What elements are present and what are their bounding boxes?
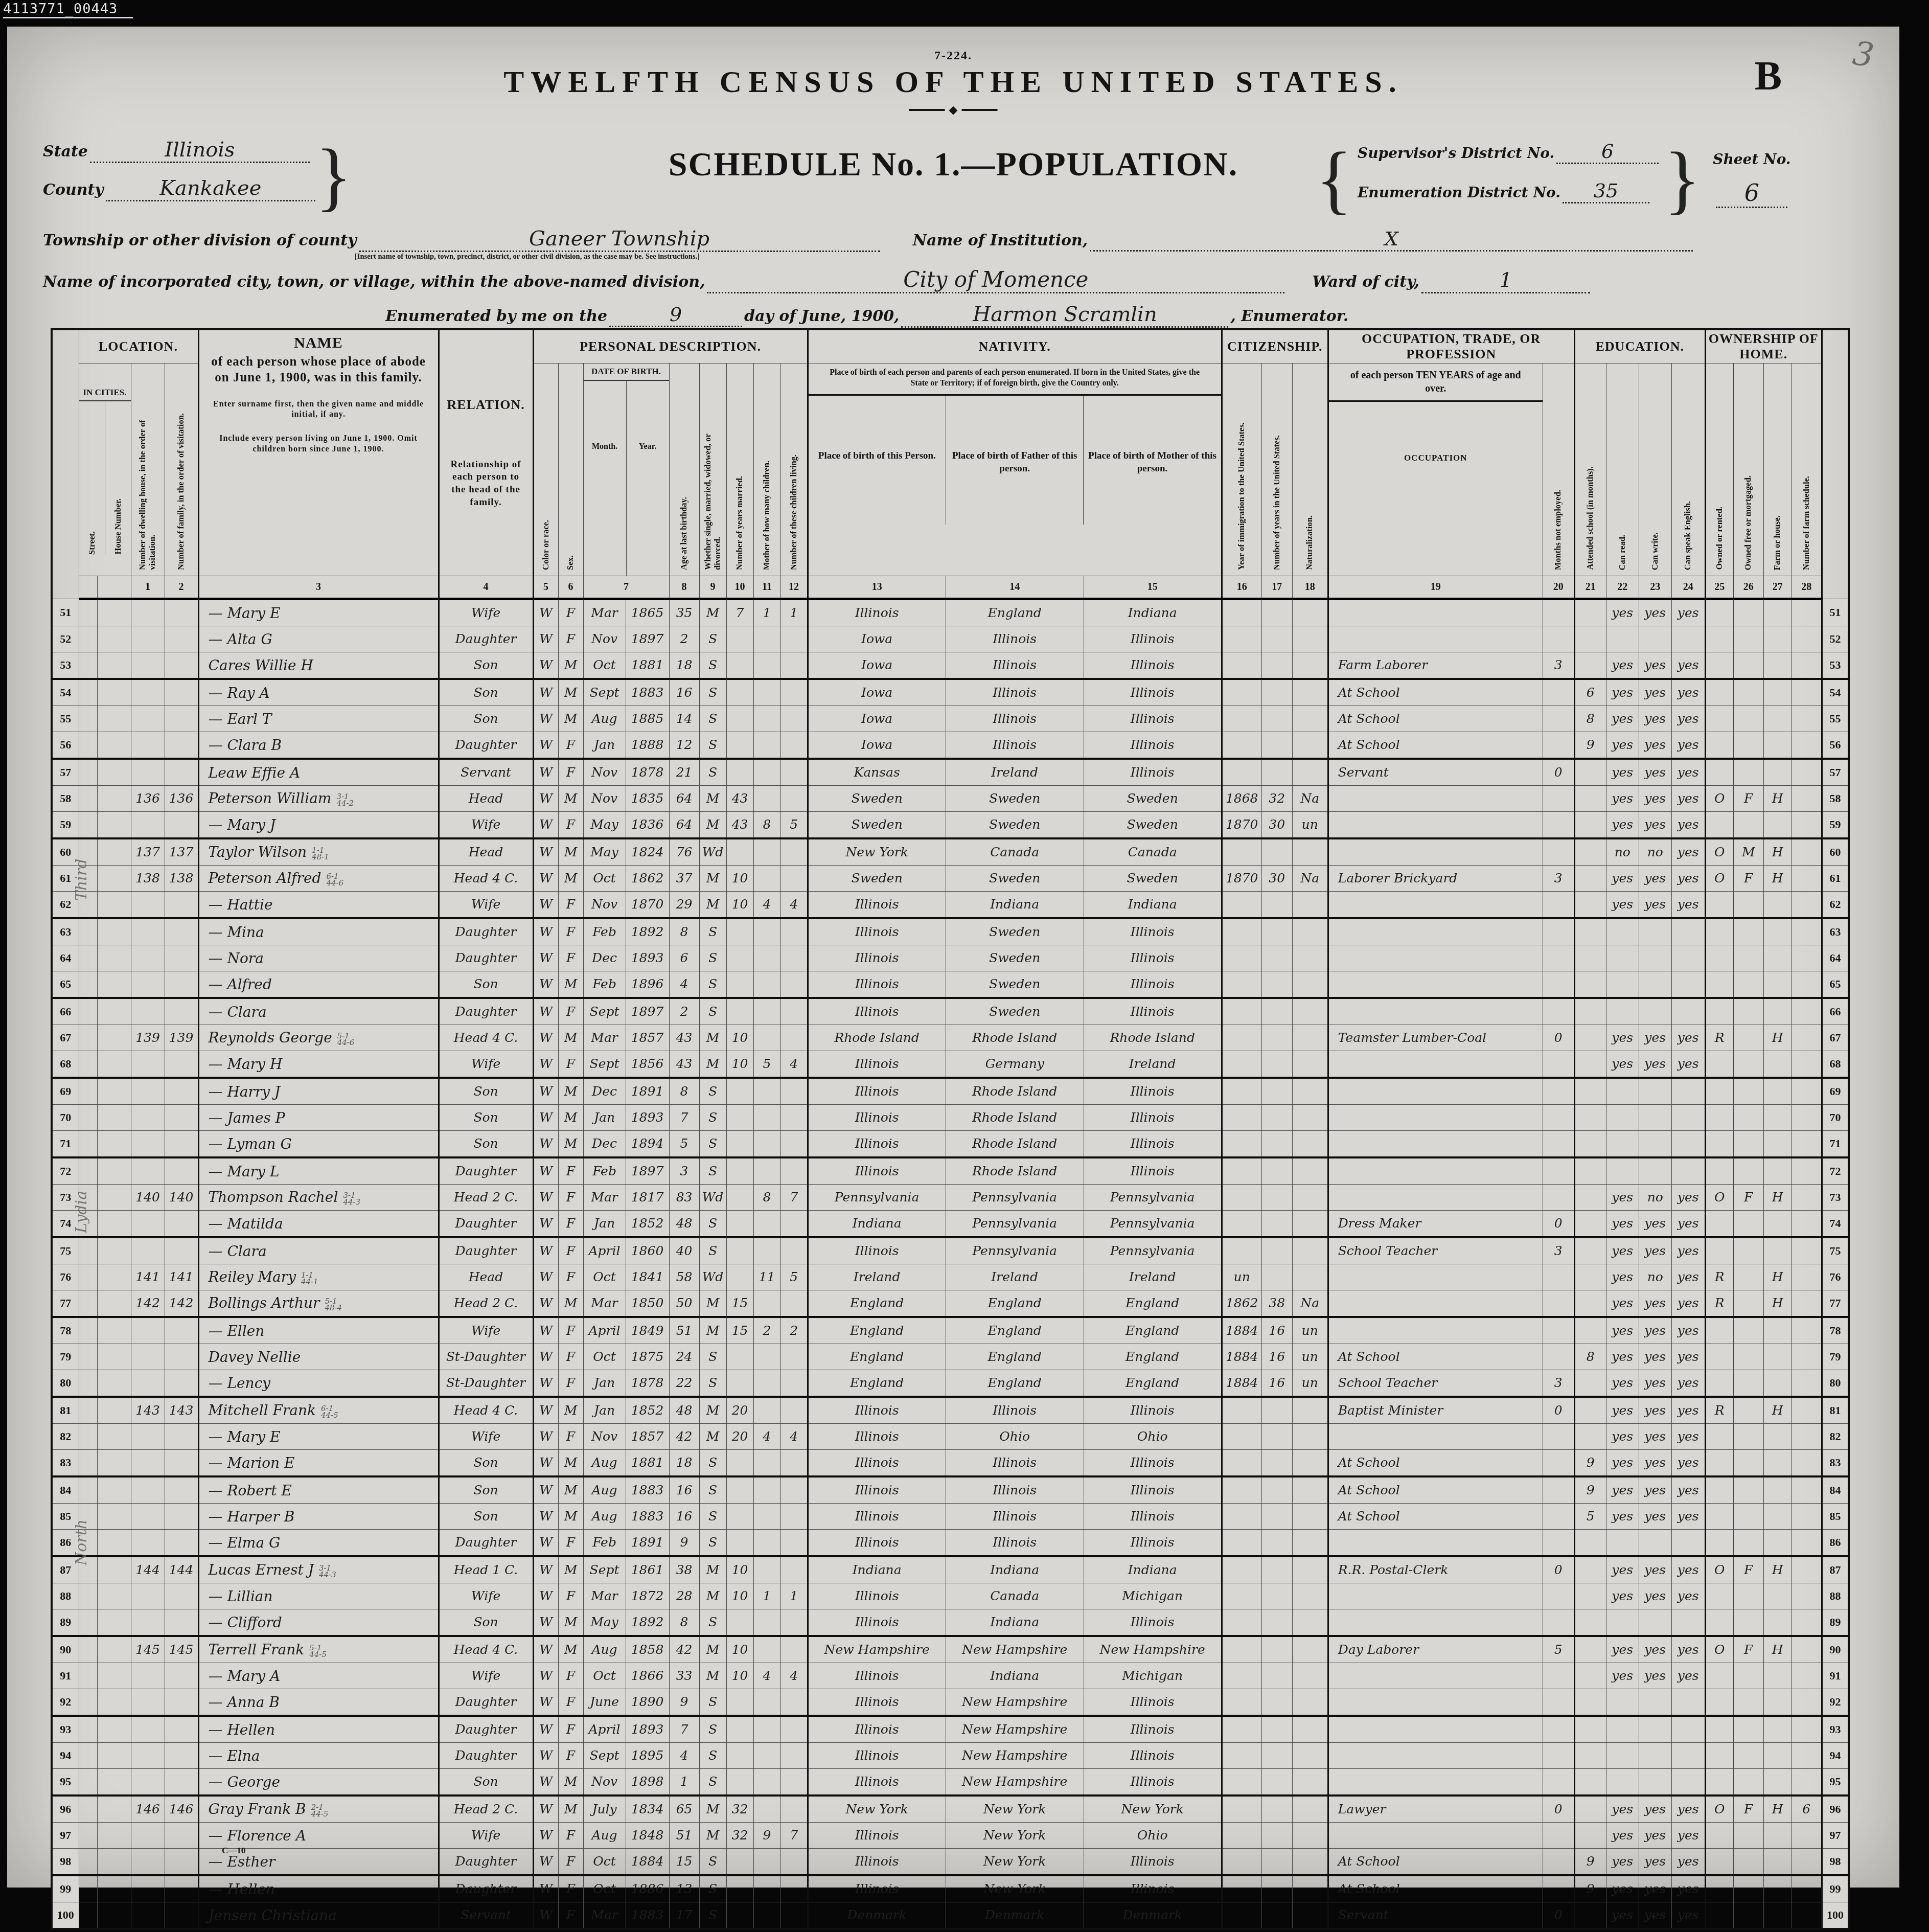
person-name: — Clara [209,1243,267,1260]
cell-color-race: W [533,998,558,1025]
cell-children-living [780,1795,808,1823]
cell-name: — Alta G [198,626,439,652]
group-education: EDUCATION. [1574,329,1705,363]
row-number-right: 61 [1822,866,1849,892]
cell-naturalization [1292,1795,1328,1823]
cell-pob-person: Pennsylvania [808,1185,946,1211]
cell-marital-status: S [699,1609,726,1636]
cell-birth-month: Feb [583,971,626,998]
person-name: — Robert E [209,1482,292,1499]
cell-owned-rented [1705,1823,1733,1849]
cell-can-write: yes [1639,1636,1671,1663]
cell-farm-house [1763,1663,1792,1689]
cell-age: 14 [669,706,699,732]
cell-can-read: yes [1606,732,1639,759]
cell-dwelling-number [131,1823,165,1849]
cell-family-number: 144 [165,1556,198,1583]
cell-street [79,1849,97,1876]
cell-marital-status: M [699,599,726,626]
cell-free-mortgaged [1733,1849,1763,1876]
cell-children-living [780,652,808,679]
row-number-right: 60 [1822,838,1849,866]
cell-free-mortgaged [1733,1689,1763,1716]
cell-mother-of-children: 1 [753,599,780,626]
cell-naturalization [1292,1237,1328,1264]
row-number-right: 88 [1822,1583,1849,1609]
cell-occupation: School Teacher [1328,1237,1543,1264]
cell-birth-month: April [583,1716,626,1743]
cell-free-mortgaged [1733,1131,1763,1158]
cell-age: 7 [669,1716,699,1743]
city-field: City of Momence [903,267,1088,292]
cell-birth-year: 1836 [626,812,669,839]
cell-owned-rented [1705,1237,1733,1264]
cell-can-read: yes [1606,1849,1639,1876]
cell-years-married [726,998,753,1025]
cell-birth-month: May [583,838,626,866]
cell-house-number [97,1025,131,1051]
cell-color-race: W [533,786,558,812]
cell-birth-year: 1893 [626,1105,669,1131]
cell-farm-house: H [1763,1025,1792,1051]
cell-free-mortgaged: M [1733,838,1763,866]
cell-occupation [1328,626,1543,652]
row-number-right: 55 [1822,706,1849,732]
row-number-left: 95 [52,1769,79,1796]
cell-relation: Head [439,1264,533,1290]
pencil-annotation: 6-144-5 [321,1405,338,1419]
cell-naturalization [1292,1424,1328,1450]
cell-family-number [165,1504,198,1530]
cell-farm-house: H [1763,1290,1792,1317]
cell-owned-rented [1705,1504,1733,1530]
cell-farm-house [1763,1051,1792,1078]
cell-dwelling-number [131,652,165,679]
cell-owned-rented: O [1705,1556,1733,1583]
cell-naturalization [1292,1609,1328,1636]
cell-free-mortgaged [1733,1397,1763,1424]
cell-house-number [97,1583,131,1609]
table-row: 61138138Peterson Alfred6-144-6Head 4 C.W… [52,866,1849,892]
occupation-subheader: of each person TEN YEARS of age and over… [1328,363,1543,576]
cell-birth-year: 1849 [626,1317,669,1344]
cell-birth-year: 1841 [626,1264,669,1290]
row-number-right: 59 [1822,812,1849,839]
col-free-mortgaged: Owned free or mortgaged. [1733,363,1763,576]
table-row: 76141141Reiley Mary1-144-1HeadWFOct18415… [52,1264,1849,1290]
cell-children-living [780,1211,808,1238]
population-table: LOCATION. NAME of each person whose plac… [51,328,1850,1930]
cell-pob-father: Indiana [946,892,1084,919]
cell-name: — Lyman G [198,1131,439,1158]
cell-attended-school: 9 [1574,732,1606,759]
cell-immigration-year [1222,1237,1261,1264]
cell-marital-status: S [699,1105,726,1131]
cell-color-race: W [533,1370,558,1397]
cell-marital-status: S [699,1370,726,1397]
cell-months-not-employed [1543,1689,1574,1716]
cell-family-number [165,1344,198,1370]
pencil-annotation: 1-148-1 [312,847,329,861]
cell-color-race: W [533,1105,558,1131]
cell-owned-rented [1705,1344,1733,1370]
cell-dwelling-number [131,1689,165,1716]
cell-age: 2 [669,998,699,1025]
cell-farm-house [1763,1504,1792,1530]
cell-free-mortgaged [1733,1530,1763,1557]
cell-occupation [1328,1317,1543,1344]
cell-years-married [726,732,753,759]
cell-years-married: 10 [726,1583,753,1609]
row-number-right: 82 [1822,1424,1849,1450]
cell-mother-of-children [753,1689,780,1716]
cell-farm-schedule [1792,998,1822,1025]
cell-color-race: W [533,1875,558,1902]
cell-mother-of-children [753,1025,780,1051]
cell-years-married [726,1344,753,1370]
cell-mother-of-children: 8 [753,812,780,839]
cell-years-in-us [1261,599,1292,626]
cell-attended-school: 9 [1574,1849,1606,1876]
cell-free-mortgaged [1733,1476,1763,1504]
cell-street [79,1769,97,1796]
cell-marital-status: M [699,1051,726,1078]
cell-dwelling-number [131,1530,165,1557]
township-line: Township or other division of county Gan… [43,227,1693,252]
cell-immigration-year [1222,759,1261,786]
row-number-left: 80 [52,1370,79,1397]
cell-pob-person: Illinois [808,892,946,919]
person-name: Davey Nellie [209,1349,301,1366]
cell-years-in-us [1261,838,1292,866]
cell-pob-person: Indiana [808,1556,946,1583]
cell-birth-month: Mar [583,1902,626,1929]
cell-sex: F [558,918,583,945]
cell-dwelling-number [131,1131,165,1158]
street-name-note: Third [73,742,90,901]
cell-can-write: yes [1639,759,1671,786]
cell-color-race: W [533,759,558,786]
cell-age: 29 [669,892,699,919]
cell-can-read: no [1606,838,1639,866]
cell-color-race: W [533,1051,558,1078]
cell-family-number [165,892,198,919]
cell-age: 48 [669,1397,699,1424]
cell-occupation [1328,945,1543,971]
cell-children-living [780,1769,808,1796]
cell-birth-month: Mar [583,599,626,626]
cell-pob-father: Rhode Island [946,1025,1084,1051]
cell-sex: F [558,1689,583,1716]
cell-immigration-year [1222,1902,1261,1929]
cell-owned-rented [1705,1131,1733,1158]
cell-house-number [97,1530,131,1557]
cell-years-in-us [1261,706,1292,732]
row-number-left: 96 [52,1795,79,1823]
cell-pob-person: Iowa [808,679,946,706]
occupation-note: of each person TEN YEARS of age and over… [1342,369,1530,395]
cell-relation: Wife [439,1663,533,1689]
enum-district-label: Enumeration District No. [1358,184,1560,201]
cell-occupation: Farm Laborer [1328,652,1543,679]
cell-attended-school: 6 [1574,679,1606,706]
cell-age: 8 [669,1609,699,1636]
cell-naturalization [1292,1663,1328,1689]
cell-naturalization [1292,1769,1328,1796]
township-field: Ganeer Township [529,227,709,251]
cell-years-in-us [1261,652,1292,679]
cell-relation: Head 2 C. [439,1185,533,1211]
cell-attended-school [1574,892,1606,919]
ward-field: 1 [1499,268,1512,292]
cell-age: 35 [669,599,699,626]
cell-pob-mother: England [1084,1290,1222,1317]
cell-children-living [780,1105,808,1131]
cell-farm-schedule [1792,1902,1822,1929]
row-number-left: 51 [52,599,79,626]
person-name: Mitchell Frank [209,1402,316,1419]
col-immigration-year: Year of immigration to the United States… [1222,363,1261,576]
cell-age: 8 [669,918,699,945]
cell-dwelling-number [131,1051,165,1078]
cell-months-not-employed [1543,1157,1574,1185]
cell-name: — Harry J [198,1078,439,1105]
cell-free-mortgaged [1733,1716,1763,1743]
cell-months-not-employed [1543,706,1574,732]
cell-years-married [726,1078,753,1105]
cell-occupation [1328,1051,1543,1078]
col-years-in-us: Number of years in the United States. [1261,363,1292,576]
cell-owned-rented [1705,812,1733,839]
cell-attended-school [1574,1290,1606,1317]
cell-farm-schedule [1792,1743,1822,1769]
cell-dwelling-number: 139 [131,1025,165,1051]
cell-months-not-employed: 0 [1543,1556,1574,1583]
cell-free-mortgaged [1733,599,1763,626]
cell-relation: Son [439,1450,533,1477]
group-ownership: OWNERSHIP OF HOME. [1705,329,1822,363]
row-number-right: 85 [1822,1504,1849,1530]
cell-birth-month: Jan [583,1105,626,1131]
cell-can-speak-english: yes [1671,1556,1705,1583]
cell-years-in-us [1261,1078,1292,1105]
cell-pob-person: Illinois [808,1424,946,1450]
table-row: 56— Clara BDaughterWFJan188812SIowaIllin… [52,732,1849,759]
cell-free-mortgaged [1733,918,1763,945]
cell-years-married [726,1450,753,1477]
cell-pob-father: Sweden [946,998,1084,1025]
cell-naturalization [1292,998,1328,1025]
cell-free-mortgaged: F [1733,1185,1763,1211]
cell-can-speak-english: yes [1671,1795,1705,1823]
cell-birth-year: 1888 [626,732,669,759]
row-number-left: 52 [52,626,79,652]
row-number-left: 66 [52,998,79,1025]
cell-pob-father: Illinois [946,706,1084,732]
cell-family-number: 137 [165,838,198,866]
row-number-left: 100 [52,1902,79,1929]
col-farm-house: Farm or house. [1763,363,1792,576]
row-number-right: 76 [1822,1264,1849,1290]
row-number-right: 100 [1822,1902,1849,1929]
cell-marital-status: M [699,1424,726,1450]
cell-relation: Daughter [439,1743,533,1769]
cell-immigration-year [1222,1769,1261,1796]
cell-immigration-year [1222,918,1261,945]
cell-naturalization [1292,1583,1328,1609]
cell-can-read: yes [1606,1663,1639,1689]
pencil-annotation: 5-148-4 [325,1298,342,1312]
cell-house-number [97,1743,131,1769]
cell-birth-year: 1857 [626,1025,669,1051]
cell-years-in-us [1261,1157,1292,1185]
group-nativity: NATIVITY. [808,329,1222,363]
cell-can-speak-english [1671,1716,1705,1743]
cell-color-race: W [533,1663,558,1689]
row-number-right: 64 [1822,945,1849,971]
person-name: — Florence A [209,1827,307,1844]
cell-color-race: W [533,1716,558,1743]
cell-can-write: yes [1639,1663,1671,1689]
schedule-title: SCHEDULE No. 1.—POPULATION. [669,145,1238,184]
cell-pob-mother: Illinois [1084,1450,1222,1477]
cell-attended-school [1574,1370,1606,1397]
row-number-left: 53 [52,652,79,679]
cell-color-race: W [533,1344,558,1370]
row-number-left: 98 [52,1849,79,1876]
cell-family-number [165,626,198,652]
cell-dwelling-number [131,812,165,839]
cell-immigration-year [1222,892,1261,919]
city-line: Name of incorporated city, town, or vill… [43,267,1590,293]
cell-mother-of-children: 5 [753,1051,780,1078]
cell-naturalization [1292,1689,1328,1716]
cell-birth-month: Dec [583,1131,626,1158]
table-row: 92— Anna BDaughterWFJune18909SIllinoisNe… [52,1689,1849,1716]
cell-marital-status: S [699,1450,726,1477]
cell-children-living [780,1902,808,1929]
table-row: 77142142Bollings Arthur5-148-4Head 2 C.W… [52,1290,1849,1317]
cell-attended-school [1574,838,1606,866]
cell-immigration-year: 1884 [1222,1344,1261,1370]
cell-name: — Nora [198,945,439,971]
cell-months-not-employed [1543,1051,1574,1078]
cell-farm-schedule [1792,1716,1822,1743]
cell-farm-schedule [1792,786,1822,812]
cell-relation: Daughter [439,1157,533,1185]
cell-family-number [165,732,198,759]
cell-can-write: yes [1639,599,1671,626]
cell-owned-rented: R [1705,1397,1733,1424]
cell-free-mortgaged [1733,1823,1763,1849]
cell-occupation [1328,1583,1543,1609]
col-in-cities: IN CITIES. Street. House Number. [79,363,131,576]
cell-occupation: Baptist Minister [1328,1397,1543,1424]
cell-pob-mother: Illinois [1084,998,1222,1025]
table-row: 81143143Mitchell Frank6-144-5Head 4 C.WM… [52,1397,1849,1424]
cell-can-speak-english: yes [1671,732,1705,759]
cell-color-race: W [533,918,558,945]
cell-birth-month: Jan [583,1370,626,1397]
table-row: 70— James PSonWMJan18937SIllinoisRhode I… [52,1105,1849,1131]
cell-occupation [1328,1185,1543,1211]
cell-sex: F [558,998,583,1025]
cell-attended-school [1574,1556,1606,1583]
cell-birth-month: Oct [583,866,626,892]
cell-farm-house [1763,1344,1792,1370]
cell-occupation: At School [1328,1344,1543,1370]
cell-street [79,1716,97,1743]
cell-children-living [780,998,808,1025]
cell-pob-father: England [946,1344,1084,1370]
row-number-right: 81 [1822,1397,1849,1424]
cell-owned-rented [1705,1716,1733,1743]
cell-occupation: Day Laborer [1328,1636,1543,1663]
cell-months-not-employed [1543,1424,1574,1450]
cell-birth-year: 1884 [626,1849,669,1876]
cell-can-speak-english: yes [1671,1476,1705,1504]
cell-attended-school [1574,1636,1606,1663]
cell-can-write [1639,1743,1671,1769]
cell-immigration-year [1222,1450,1261,1477]
sheet-letter: B [1755,53,1782,100]
cell-mother-of-children [753,652,780,679]
cell-immigration-year [1222,1663,1261,1689]
cell-attended-school [1574,599,1606,626]
cell-sex: F [558,1902,583,1929]
cell-age: 13 [669,1875,699,1902]
cell-birth-month: Jan [583,732,626,759]
row-number-left: 79 [52,1344,79,1370]
row-number-left: 64 [52,945,79,971]
person-name: — Ellen [209,1323,265,1339]
cell-mother-of-children [753,1875,780,1902]
cell-can-read [1606,1769,1639,1796]
cell-years-married [726,706,753,732]
table-row: 98— EstherDaughterWFOct188415SIllinoisNe… [52,1849,1849,1876]
row-number-right: 69 [1822,1078,1849,1105]
cell-name: — Clara [198,998,439,1025]
cell-marital-status: M [699,1290,726,1317]
cell-birth-year: 1894 [626,1131,669,1158]
person-name: Lucas Ernest J [209,1561,314,1578]
cell-pob-father: Canada [946,838,1084,866]
cell-street [79,1689,97,1716]
cell-marital-status: S [699,652,726,679]
cell-can-read [1606,1157,1639,1185]
cell-farm-house: H [1763,1185,1792,1211]
cell-years-married [726,759,753,786]
cell-house-number [97,1237,131,1264]
cell-street [79,1663,97,1689]
ward-label: Ward of city, [1312,273,1419,291]
cell-birth-year: 1892 [626,1609,669,1636]
cell-immigration-year [1222,679,1261,706]
table-row: 86— Elma GDaughterWFFeb18919SIllinoisIll… [52,1530,1849,1557]
cell-free-mortgaged [1733,1105,1763,1131]
cell-farm-house [1763,1237,1792,1264]
cell-family-number [165,599,198,626]
cell-sex: M [558,1131,583,1158]
cell-dwelling-number [131,1211,165,1238]
cell-owned-rented [1705,1689,1733,1716]
row-number-right: 80 [1822,1370,1849,1397]
cell-pob-father: England [946,1290,1084,1317]
cell-birth-year: 1881 [626,1450,669,1477]
cell-can-speak-english: yes [1671,1344,1705,1370]
cell-age: 51 [669,1823,699,1849]
cell-birth-year: 1856 [626,1051,669,1078]
